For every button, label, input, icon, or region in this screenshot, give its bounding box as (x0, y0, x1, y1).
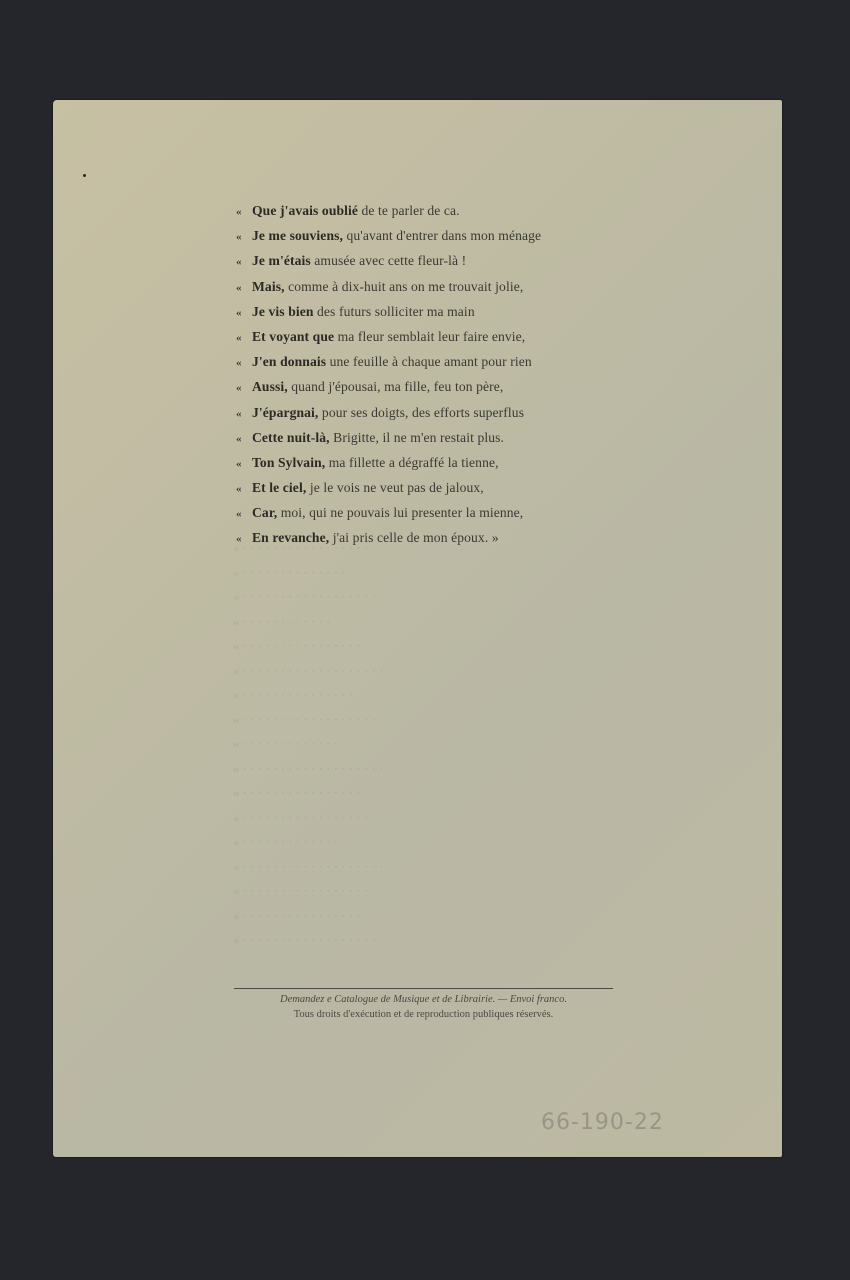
catalogue-notice: Demandez e Catalogue de Musique et de Li… (234, 992, 613, 1007)
verse-line: «J'épargnai, pour ses doigts, des effort… (236, 400, 656, 425)
poem-verses: «Que j'avais oublié de te parler de ca. … (236, 198, 656, 551)
verse-line: «Car, moi, qui ne pouvais lui presenter … (236, 500, 656, 525)
footer-divider (234, 988, 613, 989)
verse-line: «Et voyant que ma fleur semblait leur fa… (236, 324, 656, 349)
verse-line: «Aussi, quand j'épousai, ma fille, feu t… (236, 374, 656, 399)
archive-number: 66-190-22 (541, 1110, 664, 1135)
bleed-through-text: « · · · · · · · · · · · · · · · · · « · … (233, 540, 653, 957)
verse-line: «Que j'avais oublié de te parler de ca. (236, 198, 656, 223)
publisher-footer: Demandez e Catalogue de Musique et de Li… (234, 992, 613, 1022)
verse-line: «J'en donnais une feuille à chaque amant… (236, 349, 656, 374)
verse-line: «Mais, comme à dix-huit ans on me trouva… (236, 274, 656, 299)
verse-line: «En revanche, j'ai pris celle de mon épo… (236, 525, 656, 550)
verse-line: «Je vis bien des futurs solliciter ma ma… (236, 299, 656, 324)
verse-line: «Je m'étais amusée avec cette fleur-là ! (236, 248, 656, 273)
paper-speck (83, 174, 86, 177)
document-page: « · · · · · · · · · · · · · · · · · « · … (53, 100, 782, 1157)
rights-notice: Tous droits d'exécution et de reproducti… (234, 1007, 613, 1022)
verse-line: «Ton Sylvain, ma fillette a dégraffé la … (236, 450, 656, 475)
verse-line: «Cette nuit-là, Brigitte, il ne m'en res… (236, 425, 656, 450)
verse-line: «Et le ciel, je le vois ne veut pas de j… (236, 475, 656, 500)
verse-line: «Je me souviens, qu'avant d'entrer dans … (236, 223, 656, 248)
